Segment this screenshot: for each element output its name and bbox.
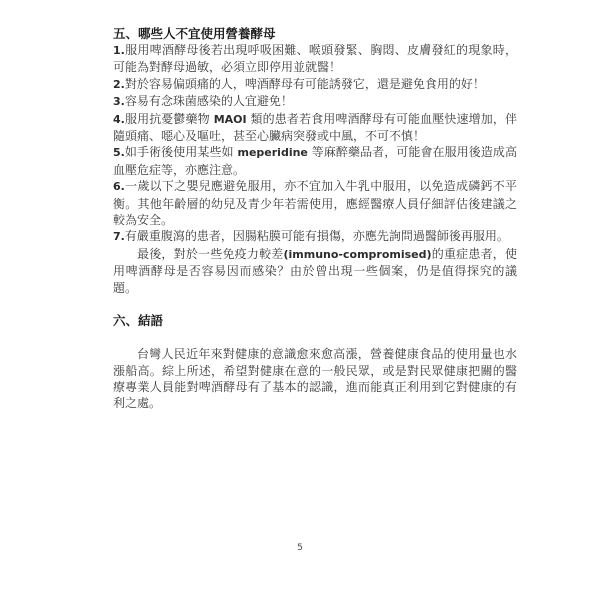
conclusion-paragraph: 台彎人民近年來對健康的意識愈來愈高漲，營養健康食品的使用量也水漲船高。綜上所述，…: [113, 346, 517, 412]
list-item-4-text: 服用抗憂鬱藥物: [125, 112, 214, 126]
page-content: 五、哪些人不宜使用營養酵母 1.服用啤酒酵母後若出現呼吸困難、喉頭發緊、胸悶、皮…: [113, 25, 517, 412]
list-item-3-number: 3.: [113, 95, 125, 108]
section6-heading: 六、結語: [113, 312, 517, 329]
list-item-1-number: 1.: [113, 44, 125, 57]
section5-heading: 五、哪些人不宜使用營養酵母: [113, 25, 517, 42]
list-item-4: 4.服用抗憂鬱藥物 MAOI 類的患者若食用啤酒酵母有可能血壓快速增加，伴隨頭痛…: [113, 111, 517, 145]
list-item-7-text: 有嚴重腹瀉的患者，因腸粘膜可能有損傷，亦應先詢問過醫師後再服用。: [125, 229, 509, 243]
list-item-5-term: meperidine: [238, 146, 308, 159]
list-item-2-text: 對於容易偏頭痛的人，啤酒酵母有可能誘發它，還是避免食用的好！: [125, 77, 485, 91]
list-item-2-number: 2.: [113, 78, 125, 91]
list-item-6-number: 6.: [113, 180, 125, 193]
list-item-1: 1.服用啤酒酵母後若出現呼吸困難、喉頭發緊、胸悶、皮膚發紅的現象時，可能為對酵母…: [113, 42, 517, 76]
list-item-2: 2.對於容易偏頭痛的人，啤酒酵母有可能誘發它，還是避免食用的好！: [113, 76, 517, 93]
closing-text: 最後，對於一些免疫力較差: [137, 247, 283, 261]
list-item-1-text: 服用啤酒酵母後若出現呼吸困難、喉頭發緊、胸悶、皮膚發紅的現象時，可能為對酵母過敏…: [113, 43, 517, 74]
list-item-3: 3.容易有念珠菌感染的人宜避免！: [113, 93, 517, 110]
list-item-7-number: 7.: [113, 230, 125, 243]
page-number: 5: [0, 543, 600, 553]
closing-term: (immuno-compromised): [283, 248, 431, 261]
list-item-4-term: MAOI: [214, 113, 247, 126]
list-item-6: 6.一歲以下之嬰兒應避免服用，亦不宜加入牛乳中服用，以免造成磷鈣不平衡。其他年齡…: [113, 178, 517, 228]
document-page: 五、哪些人不宜使用營養酵母 1.服用啤酒酵母後若出現呼吸困難、喉頭發緊、胸悶、皮…: [0, 0, 600, 600]
list-item-6-text: 一歲以下之嬰兒應避免服用，亦不宜加入牛乳中服用，以免造成磷鈣不平衡。其他年齡層的…: [113, 179, 517, 227]
list-item-3-text: 容易有念珠菌感染的人宜避免！: [125, 94, 293, 108]
list-item-7: 7.有嚴重腹瀉的患者，因腸粘膜可能有損傷，亦應先詢問過醫師後再服用。: [113, 228, 517, 245]
list-item-5: 5.如手術後使用某些如 meperidine 等麻醉藥品者，可能會在服用後造成高…: [113, 144, 517, 178]
section5-closing-paragraph: 最後，對於一些免疫力較差(immuno-compromised)的重症患者，使用…: [113, 246, 517, 296]
list-item-5-text: 如手術後使用某些如: [125, 145, 238, 159]
list-item-5-number: 5.: [113, 146, 125, 159]
list-item-4-number: 4.: [113, 113, 125, 126]
